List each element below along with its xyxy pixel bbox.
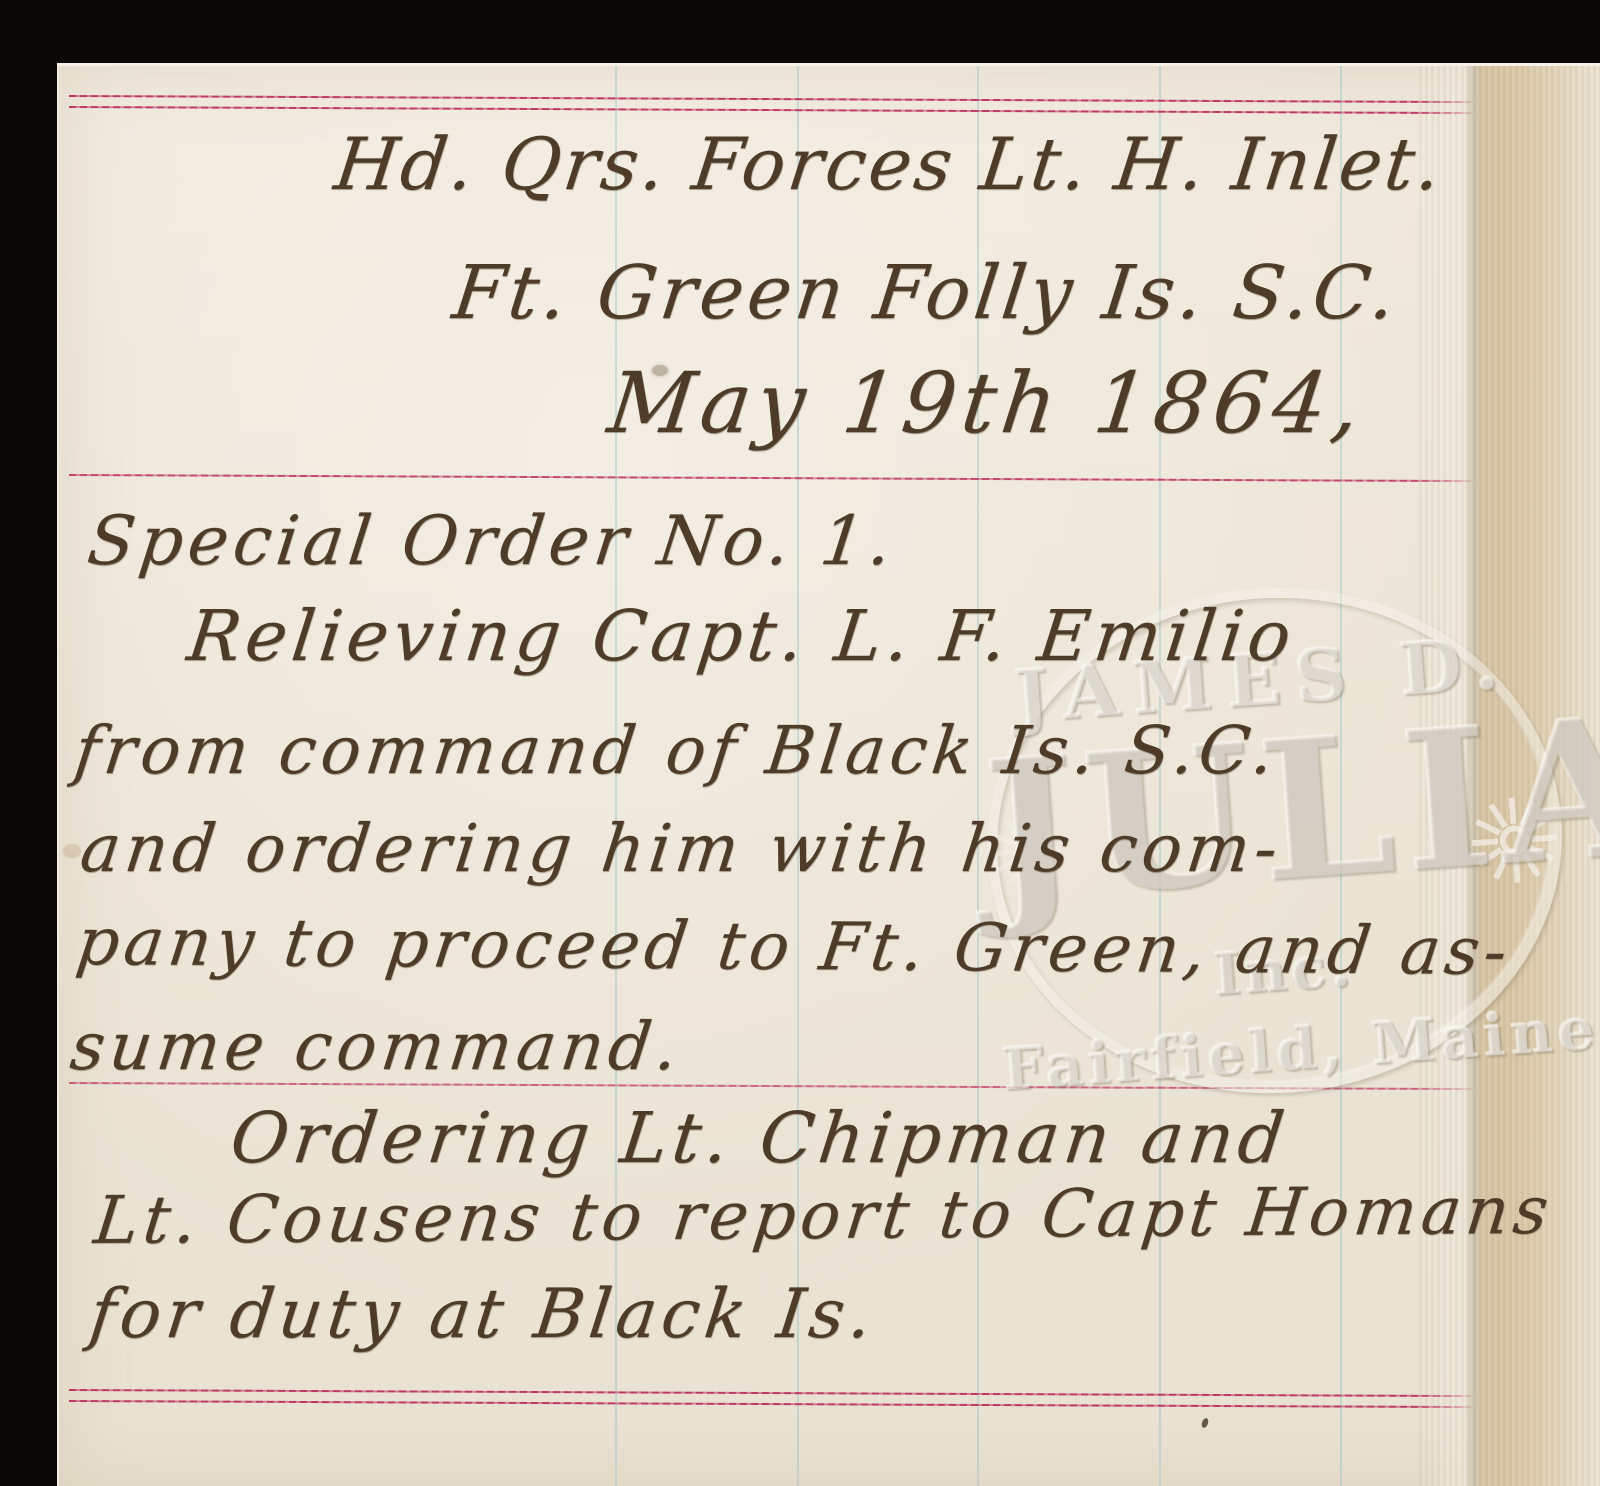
body-line: from command of Black Is. S.C.	[71, 718, 1282, 784]
body-line-order-title: Special Order No. 1.	[84, 508, 900, 576]
body-line: and ordering him with his com-	[77, 816, 1286, 882]
body-line: pany to proceed to Ft. Green, and as-	[73, 909, 1516, 985]
red-horizontal-rule	[69, 1400, 1479, 1408]
red-horizontal-rule	[69, 95, 1479, 103]
body-line: Relieving Capt. L. F. Emilio	[184, 601, 1300, 671]
heading-line-location: Ft. Green Folly Is. S.C.	[449, 256, 1403, 330]
red-horizontal-rule	[69, 1389, 1479, 1397]
photograph-background: JAMES D. JULIA Inc. Fairfield, Maine Hd.…	[0, 0, 1600, 1486]
heading-line-headquarters: Hd. Qrs. Forces Lt. H. Inlet.	[331, 128, 1448, 200]
ink-speck	[652, 365, 668, 376]
red-horizontal-rule	[69, 474, 1479, 482]
ink-speck	[1200, 1417, 1209, 1428]
body-line: Lt. Cousens to report to Capt Homans	[91, 1178, 1557, 1254]
manuscript-page: JAMES D. JULIA Inc. Fairfield, Maine Hd.…	[57, 63, 1600, 1486]
red-horizontal-rule	[69, 106, 1479, 114]
body-line: for duty at Black Is.	[86, 1281, 880, 1349]
body-line: sume command.	[67, 1014, 686, 1080]
body-line: Ordering Lt. Chipman and	[227, 1103, 1293, 1173]
age-spot	[63, 844, 81, 858]
heading-line-date: May 19th 1864,	[604, 361, 1370, 445]
